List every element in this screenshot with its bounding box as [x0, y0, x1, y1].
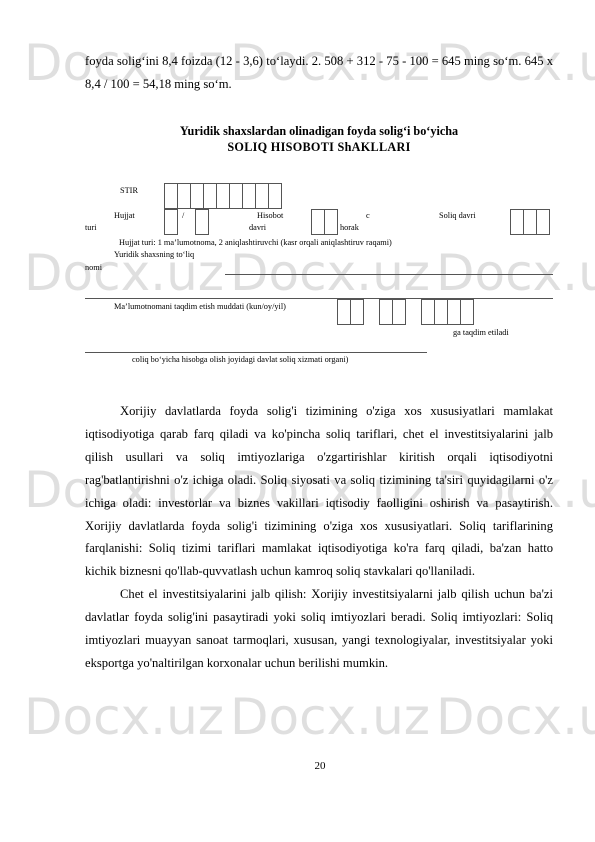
deadline-year-cells[interactable]	[421, 299, 474, 325]
watermark: Docx.uz	[436, 248, 595, 298]
input-cell[interactable]	[164, 183, 178, 209]
input-cell[interactable]	[268, 183, 282, 209]
input-cell[interactable]	[421, 299, 435, 325]
hujjat-aniqlashtiruv-cell[interactable]	[195, 209, 209, 235]
input-cell[interactable]	[460, 299, 474, 325]
deadline-month-cells[interactable]	[379, 299, 406, 325]
input-cell[interactable]	[392, 299, 406, 325]
hujjat-turi-note: Hujjat turi: 1 ma’lumotnoma, 2 aniqlasht…	[119, 238, 392, 248]
input-cell[interactable]	[434, 299, 448, 325]
deadline-day-cells[interactable]	[337, 299, 364, 325]
paragraph: Xorijiy davlatlarda foyda solig'i tizimi…	[85, 400, 553, 583]
hisobot-label: Hisobot	[257, 211, 283, 221]
watermark: Docx.uz	[24, 692, 224, 742]
input-cell[interactable]	[177, 183, 191, 209]
submitted-label: ga taqdim etiladi	[453, 328, 509, 338]
soliq-davri-label: Soliq davri	[439, 211, 476, 221]
name-label-nomi: nomi	[85, 263, 102, 273]
input-cell[interactable]	[229, 183, 243, 209]
deadline-label: Ma’lumotnomani taqdim etish muddati (kun…	[114, 302, 286, 312]
paragraph: Chet el investitsiyalarini jalb qilish: …	[85, 583, 553, 675]
c-label: c	[366, 211, 370, 221]
input-cell[interactable]	[311, 209, 325, 235]
stir-label: STIR	[120, 186, 138, 196]
authority-input-line[interactable]	[85, 352, 427, 353]
input-cell[interactable]	[510, 209, 524, 235]
watermark: Docx.uz	[230, 248, 430, 298]
input-cell[interactable]	[379, 299, 393, 325]
input-cell[interactable]	[190, 183, 204, 209]
body-text: Xorijiy davlatlarda foyda solig'i tizimi…	[85, 400, 553, 675]
hujjat-turi-cell[interactable]	[164, 209, 178, 235]
input-cell[interactable]	[324, 209, 338, 235]
page-number: 20	[0, 760, 595, 772]
watermark: Docx.uz	[230, 692, 430, 742]
input-cell[interactable]	[447, 299, 461, 325]
hisobot-davri-cells[interactable]	[311, 209, 338, 235]
name-input-line-2[interactable]	[85, 298, 553, 299]
form-title: Yuridik shaxslardan olinadigan foyda sol…	[85, 123, 553, 155]
hisobot-label-davri: davri	[249, 223, 266, 233]
input-cell[interactable]	[203, 183, 217, 209]
input-cell[interactable]	[350, 299, 364, 325]
watermark: Docx.uz	[436, 692, 595, 742]
intro-text: foyda solig‘ini 8,4 foizda (12 - 3,6) to…	[85, 50, 553, 95]
name-label: Yuridik shaxsning to‘liq	[114, 250, 194, 260]
input-cell[interactable]	[242, 183, 256, 209]
hujjat-label: Hujjat	[114, 211, 135, 221]
authority-note: coliq bo‘yicha hisobga olish joyidagi da…	[132, 355, 348, 365]
input-cell[interactable]	[536, 209, 550, 235]
stir-input-cells[interactable]	[164, 183, 282, 209]
input-cell[interactable]	[523, 209, 537, 235]
slash-separator: /	[182, 211, 184, 221]
hujjat-label-turi: turi	[85, 223, 97, 233]
form-title-line1: Yuridik shaxslardan olinadigan foyda sol…	[85, 123, 553, 139]
input-cell[interactable]	[216, 183, 230, 209]
soliq-davri-cells[interactable]	[510, 209, 550, 235]
input-cell[interactable]	[337, 299, 351, 325]
horak-label: horak	[340, 223, 359, 233]
name-input-line[interactable]	[225, 274, 553, 275]
input-cell[interactable]	[164, 209, 178, 235]
input-cell[interactable]	[255, 183, 269, 209]
form-title-line2: SOLIQ HISOBOTI ShAKLLARI	[85, 139, 553, 155]
input-cell[interactable]	[195, 209, 209, 235]
